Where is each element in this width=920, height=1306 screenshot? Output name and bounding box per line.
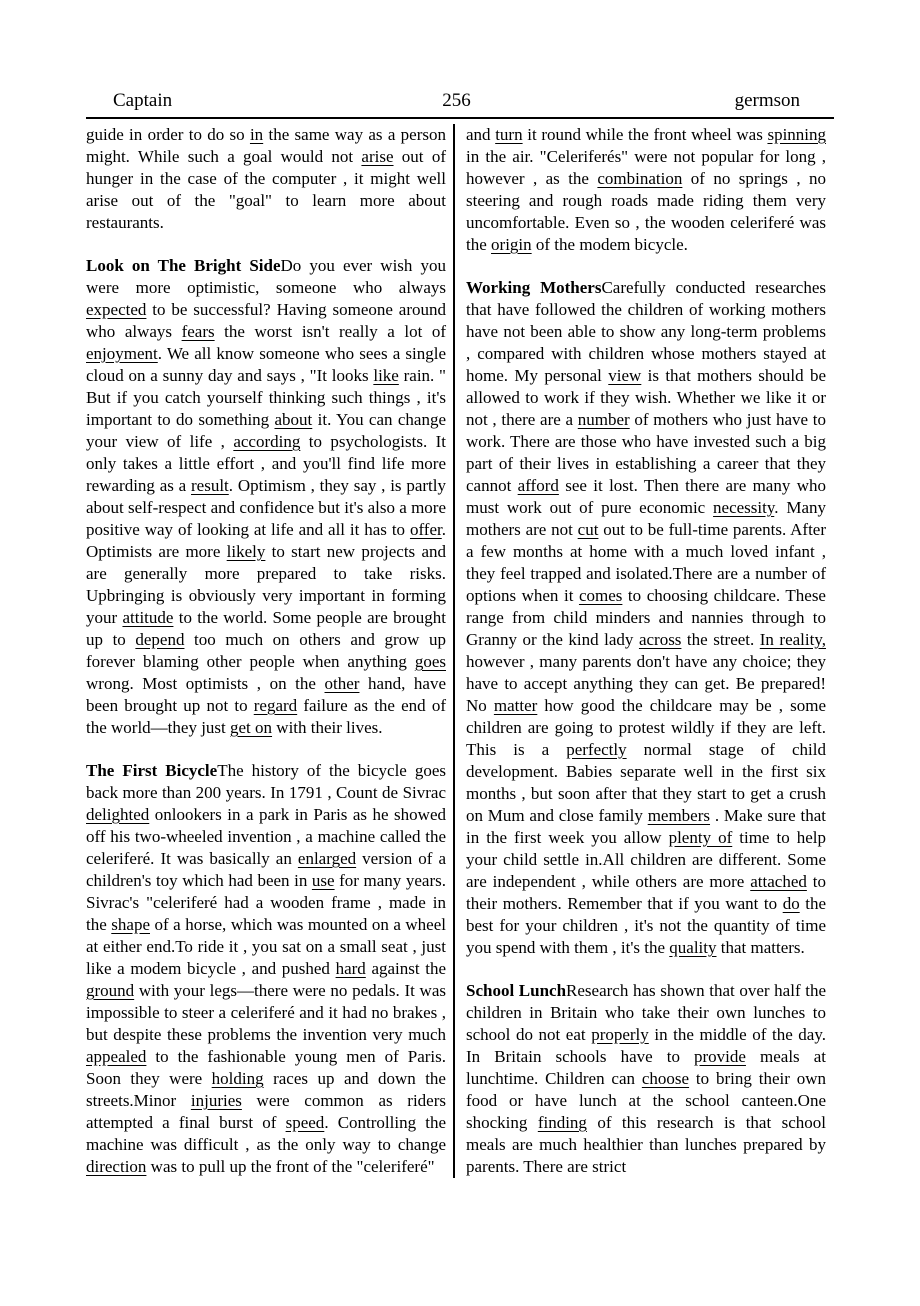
text-run: of the modem bicycle.: [532, 235, 688, 254]
underlined-word: perfectly: [566, 740, 626, 759]
underlined-word: enlarged: [298, 849, 356, 868]
underlined-word: attached: [750, 872, 807, 891]
underlined-word: ground: [86, 981, 134, 1000]
underlined-word: combination: [597, 169, 682, 188]
underlined-word: delighted: [86, 805, 149, 824]
paragraph: The First BicycleThe history of the bicy…: [86, 760, 446, 1178]
passage-title: School Lunch: [466, 981, 566, 1000]
underlined-word: turn: [495, 125, 522, 144]
text-run: with their lives.: [272, 718, 382, 737]
underlined-word: like: [373, 366, 399, 385]
right-column: and turn it round while the front wheel …: [466, 124, 826, 1178]
text-run: it round while the front wheel was: [523, 125, 768, 144]
underlined-word: according: [233, 432, 300, 451]
underlined-word: hard: [336, 959, 366, 978]
underlined-word: get on: [230, 718, 272, 737]
underlined-word: across: [639, 630, 681, 649]
underlined-word: cut: [578, 520, 599, 539]
underlined-word: goes: [415, 652, 446, 671]
paragraph: and turn it round while the front wheel …: [466, 124, 826, 256]
underlined-word: injuries: [191, 1091, 242, 1110]
underlined-word: holding: [212, 1069, 264, 1088]
underlined-word: finding: [538, 1113, 587, 1132]
underlined-word: regard: [254, 696, 297, 715]
page-number: 256: [442, 90, 471, 112]
underlined-word: in: [250, 125, 263, 144]
underlined-word: other: [325, 674, 360, 693]
underlined-word: properly: [591, 1025, 649, 1044]
underlined-word: use: [312, 871, 335, 890]
underlined-word: direction: [86, 1157, 146, 1176]
paragraph: Look on The Bright SideDo you ever wish …: [86, 255, 446, 739]
passage-title: Look on The Bright Side: [86, 256, 281, 275]
header-left-title: Captain: [86, 90, 442, 112]
underlined-word: choose: [642, 1069, 689, 1088]
passage-title: The First Bicycle: [86, 761, 217, 780]
underlined-word: comes: [579, 586, 622, 605]
text-run: against the: [366, 959, 446, 978]
underlined-word: likely: [227, 542, 266, 561]
underlined-word: expected: [86, 300, 146, 319]
page-header: Captain 256 germson: [86, 0, 834, 119]
underlined-word: view: [608, 366, 641, 385]
two-column-layout: guide in order to do so in the same way …: [86, 119, 834, 1178]
column-divider: [453, 124, 455, 1178]
underlined-word: quality: [669, 938, 716, 957]
underlined-word: spinning: [767, 125, 826, 144]
underlined-word: speed: [286, 1113, 325, 1132]
underlined-word: arise: [361, 147, 393, 166]
underlined-word: number: [578, 410, 630, 429]
text-run: with your legs—there were no pedals. It …: [86, 981, 446, 1044]
passage-title: Working Mothers: [466, 278, 601, 297]
underlined-word: enjoyment: [86, 344, 158, 363]
underlined-word: offer: [410, 520, 442, 539]
document-page: Captain 256 germson guide in order to do…: [0, 0, 920, 1306]
underlined-word: provide: [694, 1047, 746, 1066]
underlined-word: about: [275, 410, 313, 429]
underlined-word: members: [648, 806, 710, 825]
underlined-word: attitude: [122, 608, 173, 627]
text-run: that matters.: [717, 938, 805, 957]
underlined-word: afford: [518, 476, 559, 495]
underlined-word: fears: [182, 322, 215, 341]
text-run: the worst isn't really a lot of: [215, 322, 446, 341]
text-run: wrong. Most optimists , on the: [86, 674, 325, 693]
paragraph: Working MothersCarefully conducted resea…: [466, 277, 826, 959]
text-run: guide in order to do so: [86, 125, 250, 144]
text-run: was to pull up the front of the "celerif…: [146, 1157, 434, 1176]
left-column: guide in order to do so in the same way …: [86, 124, 446, 1178]
text-run: and: [466, 125, 495, 144]
underlined-word: appealed: [86, 1047, 146, 1066]
underlined-word: shape: [111, 915, 150, 934]
paragraph: School LunchResearch has shown that over…: [466, 980, 826, 1178]
text-run: the street.: [681, 630, 759, 649]
underlined-word: origin: [491, 235, 532, 254]
header-right-title: germson: [471, 90, 834, 112]
underlined-word: In reality,: [760, 630, 826, 649]
underlined-word: necessity: [713, 498, 774, 517]
underlined-word: matter: [494, 696, 537, 715]
underlined-word: do: [783, 894, 800, 913]
underlined-word: plenty of: [669, 828, 733, 847]
underlined-word: depend: [135, 630, 184, 649]
underlined-word: result: [191, 476, 229, 495]
paragraph: guide in order to do so in the same way …: [86, 124, 446, 234]
